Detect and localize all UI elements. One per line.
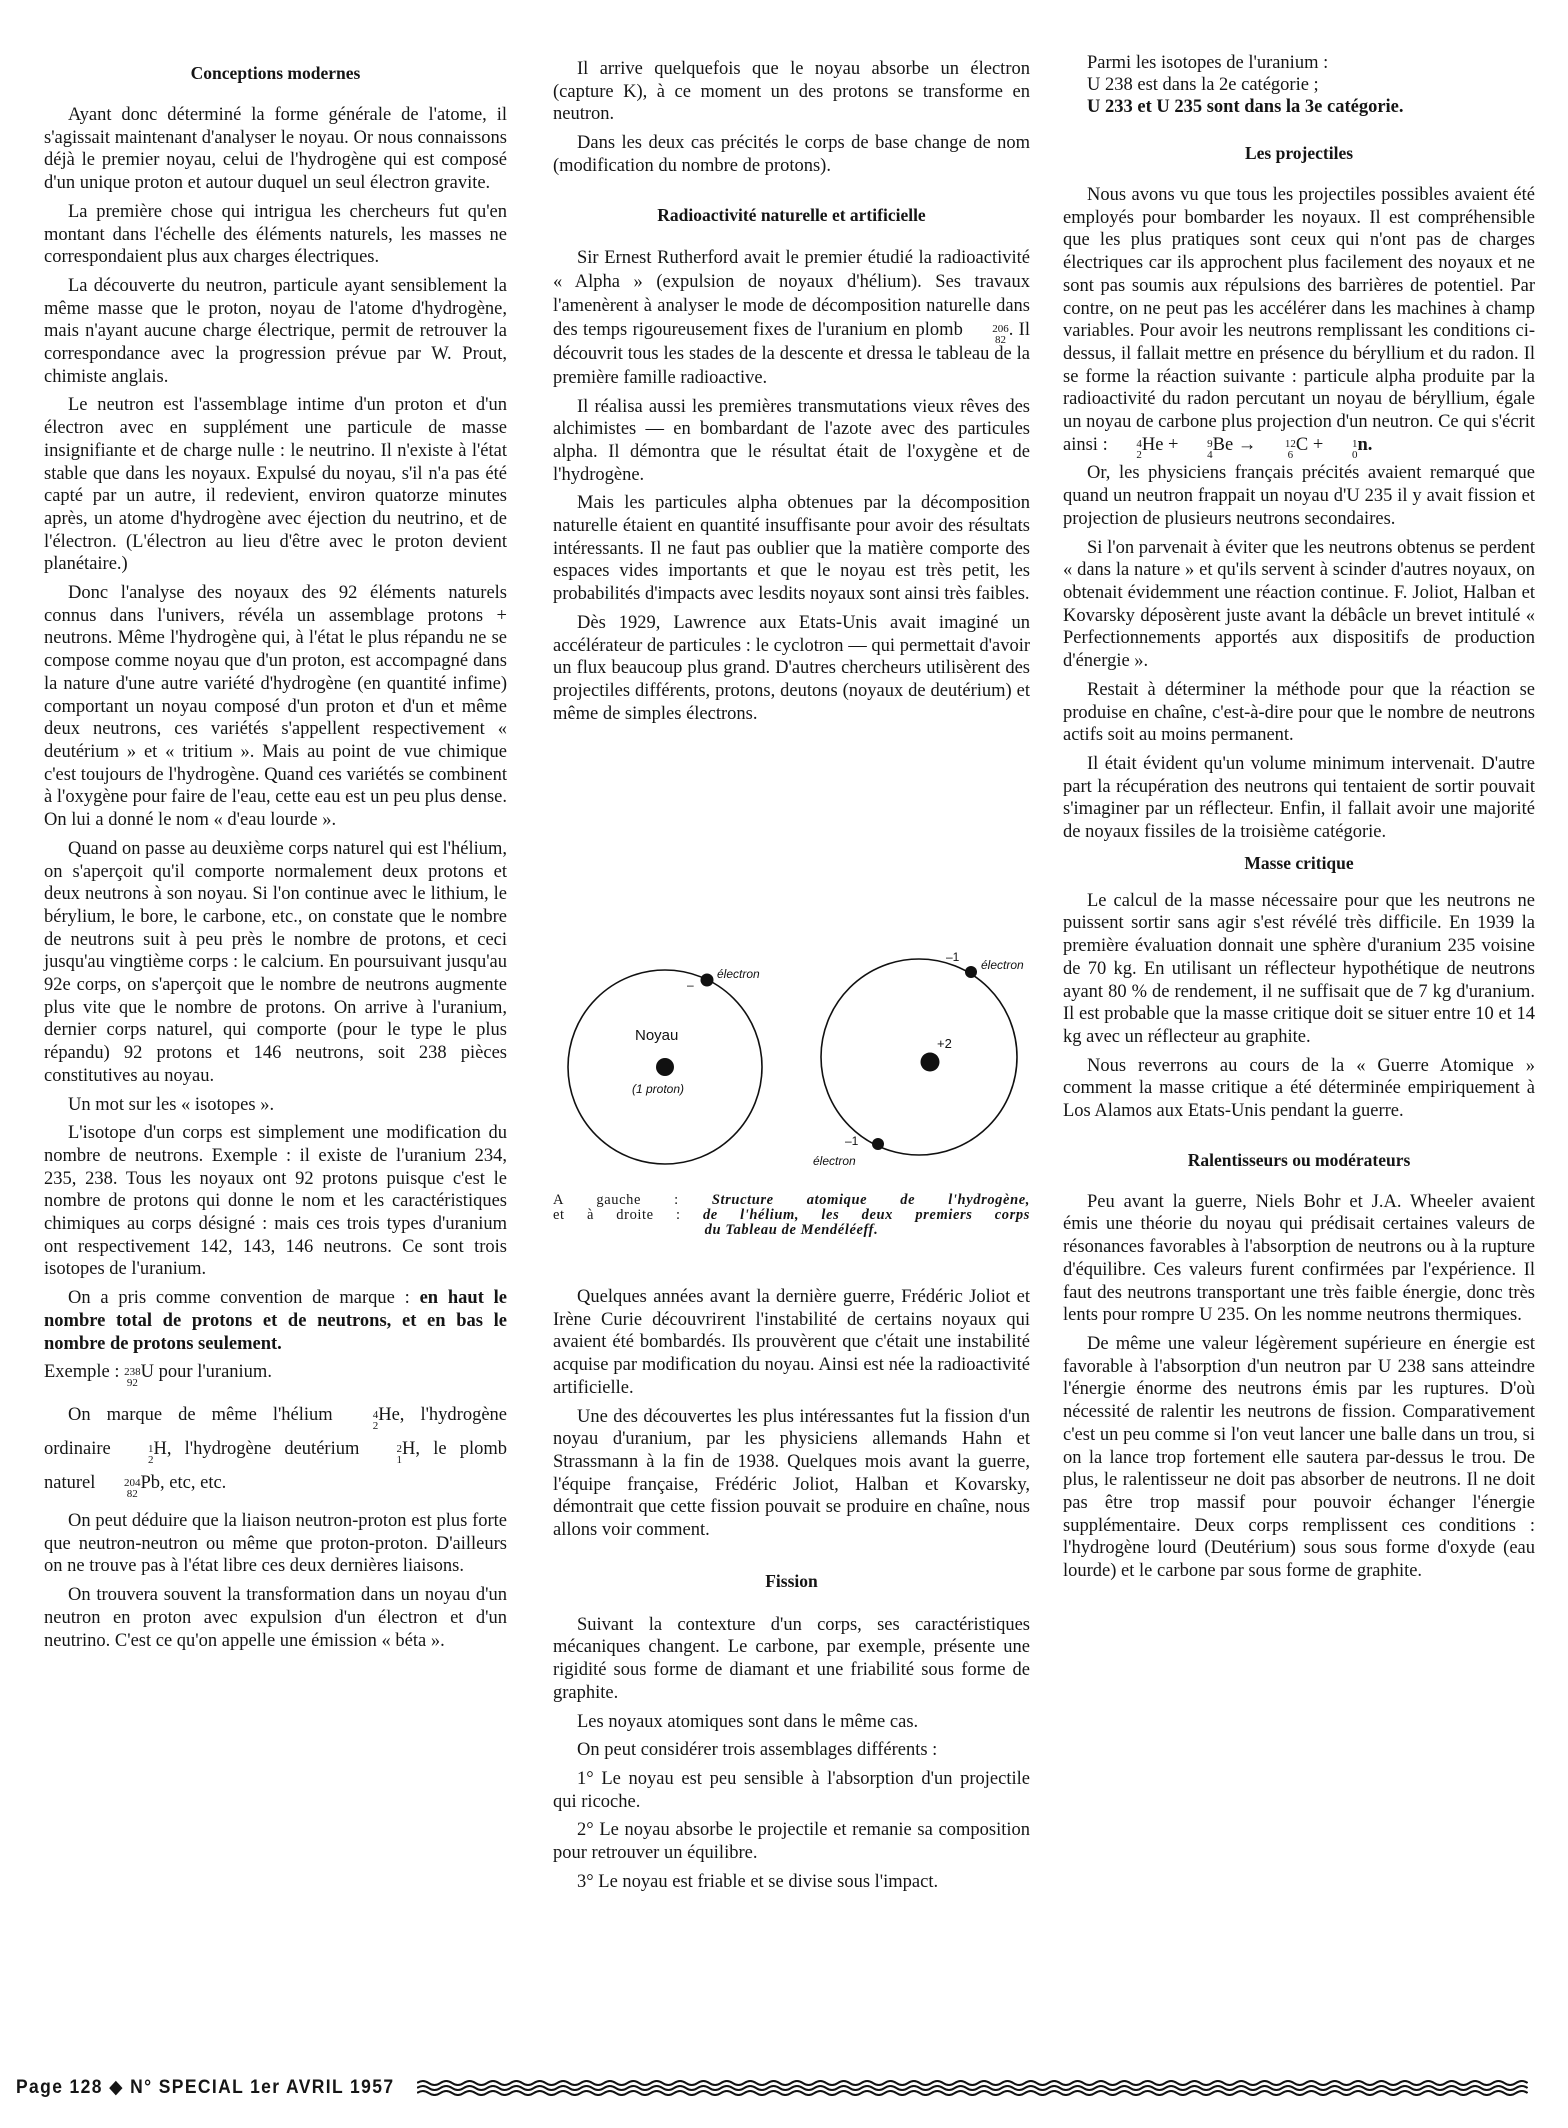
isotope-notation: 42 (1112, 439, 1142, 461)
paragraph: Il était évident qu'un volume minimum in… (1063, 753, 1535, 844)
heading-masse-critique: Masse critique (1063, 852, 1535, 874)
column-2-lower: Quelques années avant la dernière guerre… (553, 1286, 1030, 1899)
heading-conceptions-modernes: Conceptions modernes (44, 62, 507, 84)
wavy-rule-icon (417, 2078, 1528, 2096)
isotopes-line: U 238 est dans la 2e catégorie ; (1087, 74, 1535, 96)
page-footer: Page 128 ◆ N° SPECIAL 1er AVRIL 1957 (16, 2074, 1528, 2100)
column-3: Parmi les isotopes de l'uranium : U 238 … (1063, 52, 1535, 1589)
svg-text:électron: électron (981, 958, 1024, 972)
atom-diagram: Noyau (1 proton) électron – +2 électron … (553, 945, 1030, 1170)
heading-fission: Fission (553, 1570, 1030, 1592)
paragraph: Nous reverrons au cours de la « Guerre A… (1063, 1055, 1535, 1123)
paragraph: On trouvera souvent la transformation da… (44, 1584, 507, 1652)
list-item: 1° Le noyau est peu sensible à l'absorpt… (553, 1768, 1030, 1813)
paragraph: Il arrive quelquefois que le noyau absor… (553, 58, 1030, 126)
svg-text:électron: électron (813, 1154, 856, 1168)
isotope-notation: 20682 (968, 324, 1009, 346)
column-1: Conceptions modernes Ayant donc détermin… (44, 62, 507, 1658)
paragraph: De même une valeur légèrement supérieure… (1063, 1333, 1535, 1583)
example-line: Exemple : 23892U pour l'uranium. (44, 1361, 507, 1384)
svg-text:électron: électron (717, 967, 760, 981)
isotope-notation: 94 (1183, 439, 1213, 461)
isotopes-line: Parmi les isotopes de l'uranium : (1087, 52, 1535, 74)
isotopes-list: Parmi les isotopes de l'uranium : U 238 … (1063, 52, 1535, 118)
helium-nucleus-icon (921, 1053, 940, 1072)
svg-text:–: – (687, 978, 694, 992)
isotope-notation: 20482 (100, 1478, 141, 1500)
svg-text:+2: +2 (937, 1036, 952, 1051)
example-label: Exemple : (44, 1362, 124, 1382)
paragraph: Quelques années avant la dernière guerre… (553, 1286, 1030, 1400)
heading-ralentisseurs: Ralentisseurs ou modérateurs (1063, 1149, 1535, 1171)
paragraph: Quand on passe au deuxième corps naturel… (44, 838, 507, 1088)
paragraph: Une des découvertes les plus intéressant… (553, 1406, 1030, 1542)
paragraph: Dans les deux cas précités le corps de b… (553, 132, 1030, 177)
paragraph: Le neutron est l'assemblage intime d'un … (44, 394, 507, 576)
convention-lead: On a pris comme convention de marque : (68, 1288, 420, 1308)
rutherford-paragraph: Sir Ernest Rutherford avait le premier é… (553, 246, 1030, 390)
convention-paragraph: On a pris comme convention de marque : e… (44, 1287, 507, 1355)
paragraph: Les noyaux atomiques sont dans le même c… (553, 1711, 1030, 1734)
helium-electron-bottom-icon (872, 1138, 884, 1150)
isotopes-line: U 233 et U 235 sont dans la 3e catégorie… (1087, 96, 1535, 118)
paragraph: Peu avant la guerre, Niels Bohr et J.A. … (1063, 1191, 1535, 1327)
list-item: 3° Le noyau est friable et se divise sou… (553, 1871, 1030, 1894)
paragraph: Le calcul de la masse nécessaire pour qu… (1063, 890, 1535, 1049)
paragraph: Mais les particules alpha obtenues par l… (553, 492, 1030, 606)
isotope-notation: 12 (124, 1444, 154, 1466)
isotope-notation: 10 (1328, 439, 1358, 461)
paragraph: L'isotope d'un corps est simplement une … (44, 1122, 507, 1281)
footer-text: Page 128 ◆ N° SPECIAL 1er AVRIL 1957 (16, 2076, 394, 2099)
paragraph: Dès 1929, Lawrence aux Etats-Unis avait … (553, 612, 1030, 726)
paragraph: La première chose qui intrigua les cherc… (44, 201, 507, 269)
paragraph: Donc l'analyse des noyaux des 92 élément… (44, 582, 507, 832)
marks-paragraph: On marque de même l'hélium 42He, l'hydro… (44, 1398, 507, 1500)
isotope-notation: 21 (373, 1444, 403, 1466)
column-2: Il arrive quelquefois que le noyau absor… (553, 58, 1030, 731)
paragraph: Or, les physiciens français précités ava… (1063, 462, 1535, 530)
svg-text:–1: –1 (946, 950, 960, 964)
paragraph: Suivant la contexture d'un corps, ses ca… (553, 1614, 1030, 1705)
figure-caption: A gauche : Structure atomique de l'hydro… (553, 1193, 1030, 1238)
paragraph: Il réalisa aussi les premières transmuta… (553, 396, 1030, 487)
svg-text:–1: –1 (845, 1134, 859, 1148)
svg-text:(1 proton): (1 proton) (632, 1082, 684, 1096)
svg-text:Noyau: Noyau (635, 1027, 678, 1044)
paragraph: On peut déduire que la liaison neutron-p… (44, 1510, 507, 1578)
heading-radioactivite: Radioactivité naturelle et artificielle (553, 204, 1030, 226)
heading-projectiles: Les projectiles (1063, 142, 1535, 164)
paragraph: On peut considérer trois assemblages dif… (553, 1739, 1030, 1762)
isotope-notation: 23892 (124, 1367, 141, 1389)
hydrogen-nucleus-icon (656, 1058, 674, 1076)
hydrogen-electron-icon (701, 974, 714, 987)
paragraph: Restait à déterminer la méthode pour que… (1063, 679, 1535, 747)
paragraph: Si l'on parvenait à éviter que les neutr… (1063, 537, 1535, 673)
projectiles-paragraph: Nous avons vu que tous les projectiles p… (1063, 184, 1535, 456)
paragraph: Ayant donc déterminé la forme générale d… (44, 104, 507, 195)
paragraph: La découverte du neutron, particule ayan… (44, 275, 507, 389)
paragraph: Un mot sur les « isotopes ». (44, 1094, 507, 1117)
isotope-notation: 126 (1261, 439, 1296, 461)
atom-structure-figure: Noyau (1 proton) électron – +2 électron … (553, 945, 1030, 1238)
list-item: 2° Le noyau absorbe le projectile et rem… (553, 1819, 1030, 1864)
isotope-notation: 42 (349, 1410, 379, 1432)
helium-orbit (821, 959, 1017, 1155)
helium-electron-top-icon (965, 966, 977, 978)
